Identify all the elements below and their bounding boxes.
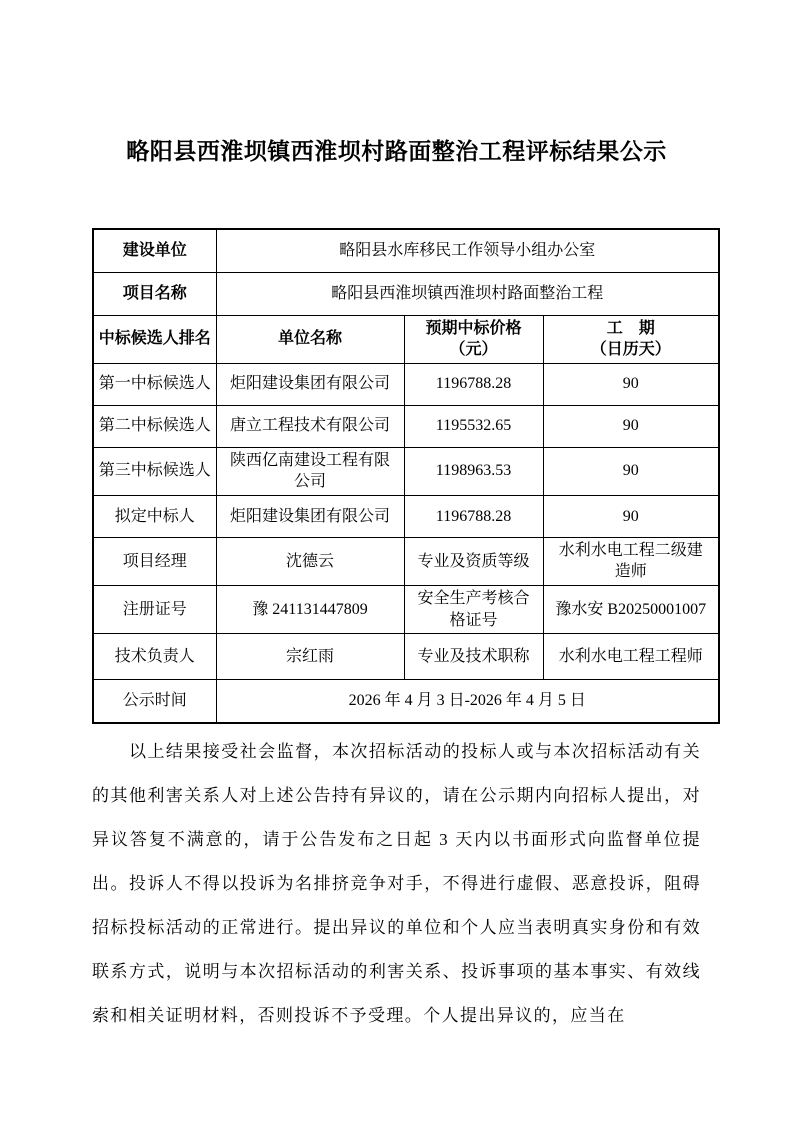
detail-label2: 安全生产考核合格证号 [404,586,543,634]
candidate-company: 炬阳建设集团有限公司 [216,363,404,405]
info-label: 建设单位 [93,229,216,272]
detail-label2: 专业及技术职称 [404,634,543,680]
info-row-construction-unit: 建设单位 略阳县水库移民工作领导小组办公室 [93,229,719,272]
candidate-company: 唐立工程技术有限公司 [216,405,404,447]
detail-row-registration-number: 注册证号 豫 241131447809 安全生产考核合格证号 豫水安 B2025… [93,586,719,634]
candidate-duration: 90 [543,405,719,447]
candidate-rank: 第二中标候选人 [93,405,216,447]
detail-value: 沈德云 [216,537,404,585]
candidate-rank: 拟定中标人 [93,495,216,537]
candidate-rank: 第一中标候选人 [93,363,216,405]
candidate-price: 1196788.28 [404,363,543,405]
publicity-value: 2026 年 4 月 3 日-2026 年 4 月 5 日 [216,680,719,723]
document-title: 略阳县西淮坝镇西淮坝村路面整治工程评标结果公示 [0,136,793,168]
candidate-row-1: 第一中标候选人 炬阳建设集团有限公司 1196788.28 90 [93,363,719,405]
publicity-label: 公示时间 [93,680,216,723]
info-label: 项目名称 [93,272,216,315]
bid-result-table: 建设单位 略阳县水库移民工作领导小组办公室 项目名称 略阳县西淮坝镇西淮坝村路面… [92,228,720,724]
candidate-price: 1196788.28 [404,495,543,537]
detail-label2: 专业及资质等级 [404,537,543,585]
header-rank: 中标候选人排名 [93,315,216,363]
header-duration: 工 期 （日历天） [543,315,719,363]
document-page: 略阳县西淮坝镇西淮坝村路面整治工程评标结果公示 建设单位 略阳县水库移民工作领导… [0,0,793,1122]
header-price: 预期中标价格 （元） [404,315,543,363]
candidate-rank: 第三中标候选人 [93,447,216,495]
info-row-project-name: 项目名称 略阳县西淮坝镇西淮坝村路面整治工程 [93,272,719,315]
detail-row-technical-director: 技术负责人 宗红雨 专业及技术职称 水利水电工程工程师 [93,634,719,680]
detail-row-project-manager: 项目经理 沈德云 专业及资质等级 水利水电工程二级建造师 [93,537,719,585]
candidate-price: 1198963.53 [404,447,543,495]
detail-label: 技术负责人 [93,634,216,680]
candidate-duration: 90 [543,495,719,537]
header-price-line2: （元） [415,339,533,361]
detail-value2: 豫水安 B20250001007 [543,586,719,634]
candidate-company: 陕西亿南建设工程有限公司 [216,447,404,495]
detail-value2: 水利水电工程二级建造师 [543,537,719,585]
table-header-row: 中标候选人排名 单位名称 预期中标价格 （元） 工 期 （日历天） [93,315,719,363]
header-duration-line2: （日历天） [554,339,709,361]
publicity-row: 公示时间 2026 年 4 月 3 日-2026 年 4 月 5 日 [93,680,719,723]
info-value: 略阳县水库移民工作领导小组办公室 [216,229,719,272]
header-duration-line1: 工 期 [554,318,709,340]
candidate-price: 1195532.65 [404,405,543,447]
candidate-company: 炬阳建设集团有限公司 [216,495,404,537]
candidate-row-2: 第二中标候选人 唐立工程技术有限公司 1195532.65 90 [93,405,719,447]
notice-paragraph: 以上结果接受社会监督，本次招标活动的投标人或与本次招标活动有关的其他利害关系人对… [92,730,701,1038]
candidate-duration: 90 [543,363,719,405]
candidate-row-proposed-winner: 拟定中标人 炬阳建设集团有限公司 1196788.28 90 [93,495,719,537]
detail-value2: 水利水电工程工程师 [543,634,719,680]
detail-value: 宗红雨 [216,634,404,680]
header-price-line1: 预期中标价格 [415,318,533,340]
header-company: 单位名称 [216,315,404,363]
info-value: 略阳县西淮坝镇西淮坝村路面整治工程 [216,272,719,315]
detail-value: 豫 241131447809 [216,586,404,634]
detail-label: 项目经理 [93,537,216,585]
candidate-row-3: 第三中标候选人 陕西亿南建设工程有限公司 1198963.53 90 [93,447,719,495]
candidate-duration: 90 [543,447,719,495]
detail-label: 注册证号 [93,586,216,634]
